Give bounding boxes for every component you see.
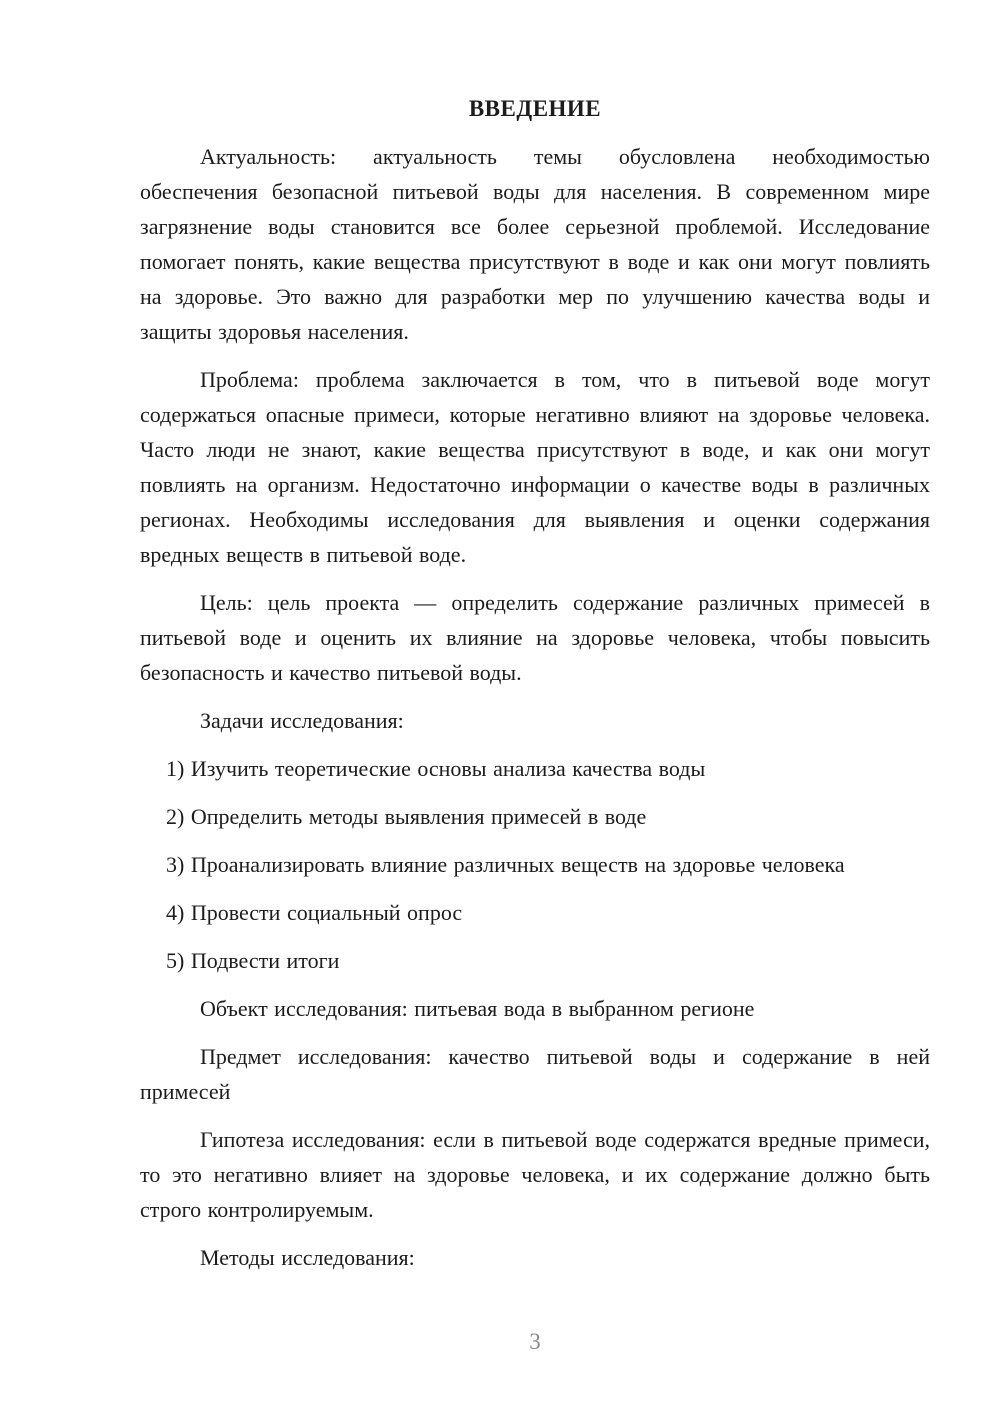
tasks-heading: Задачи исследования: (140, 703, 930, 738)
methods-heading: Методы исследования: (140, 1240, 930, 1275)
paragraph-goal: Цель: цель проекта — определить содержан… (140, 585, 930, 690)
paragraph-hypothesis: Гипотеза исследования: если в питьевой в… (140, 1122, 930, 1227)
task-item: 3) Проанализировать влияние различных ве… (140, 847, 930, 882)
paragraph-object: Объект исследования: питьевая вода в выб… (140, 991, 930, 1026)
task-item: 2) Определить методы выявления примесей … (140, 799, 930, 834)
task-item: 5) Подвести итоги (140, 943, 930, 978)
task-item: 4) Провести социальный опрос (140, 895, 930, 930)
task-item: 1) Изучить теоретические основы анализа … (140, 751, 930, 786)
document-page: ВВЕДЕНИЕ Актуальность: актуальность темы… (0, 0, 1000, 1414)
page-number: 3 (140, 1324, 930, 1359)
paragraph-subject: Предмет исследования: качество питьевой … (140, 1039, 930, 1109)
paragraph-relevance: Актуальность: актуальность темы обусловл… (140, 139, 930, 349)
paragraph-problem: Проблема: проблема заключается в том, чт… (140, 362, 930, 572)
page-title: ВВЕДЕНИЕ (140, 92, 930, 126)
document-body: ВВЕДЕНИЕ Актуальность: актуальность темы… (140, 92, 930, 1275)
